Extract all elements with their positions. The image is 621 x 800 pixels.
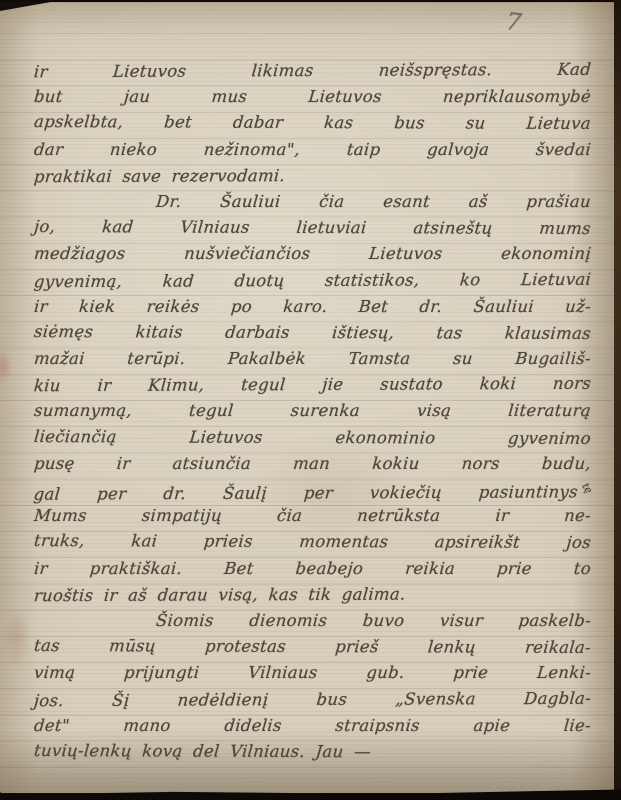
manuscript-line: Šiomis dienomis buvo visur paskelb- xyxy=(33,608,592,634)
photo-top-edge xyxy=(0,0,621,2)
manuscript-line: sumanymą, tegul surenka visą literaturą xyxy=(33,398,592,424)
manuscript-line: ir Lietuvos likimas neišspręstas. Kad xyxy=(33,57,592,86)
manuscript-line: ir praktiškai. Bet beabejo reikia prie t… xyxy=(33,556,592,582)
manuscript-line: kiu ir Klimu, tegul jie sustato koki nor… xyxy=(33,371,592,400)
manuscript-line: det" mano didelis straipsnis apie lie- xyxy=(33,713,592,739)
manuscript-line: Dr. Šauliui čia esant aš prašiau xyxy=(33,189,592,215)
manuscript-line: mažai terūpi. Pakalbėk Tamsta su Bugaili… xyxy=(33,346,592,372)
paper-blemish xyxy=(0,350,12,384)
manuscript-line: vimą prijungti Vilniaus gub. prie Lenki- xyxy=(33,660,592,686)
manuscript-line: ruoštis ir aš darau visą, kas tik galima… xyxy=(33,581,592,610)
paper-blemish xyxy=(2,608,32,668)
manuscript-line: jos. Šį nedėldienį bus „Svenska Dagbla- xyxy=(33,685,592,714)
photo-right-edge xyxy=(614,0,621,800)
manuscript-line: praktikai save rezervodami. xyxy=(33,162,592,191)
manuscript-line: ir kiek reikės po karo. Bet dr. Šauliui … xyxy=(33,294,592,320)
manuscript-line: liečiančią Lietuvos ekonominio gyvenimo xyxy=(33,424,592,452)
manuscript-line: but jau mus Lietuvos nepriklausomybė xyxy=(33,84,592,110)
manuscript-line: dar nieko nežinoma", taip galvoja švedai xyxy=(33,137,592,163)
manuscript-line: medžiagos nušviečiančios Lietuvos ekonom… xyxy=(33,241,592,267)
manuscript-line: gyvenimą, kad duotų statistikos, ko Liet… xyxy=(33,266,592,295)
manuscript-line: pusę ir atsiunčia man kokiu nors budu, xyxy=(33,451,592,477)
manuscript-line: apskelbta, bet dabar kas bus su Lietuva xyxy=(33,109,592,137)
manuscript-line: siėmęs kitais darbais ištiesų, tas klaus… xyxy=(33,319,592,347)
manuscript-line: gal per dr. Šaulį per vokiečių pasiuntin… xyxy=(33,476,592,505)
manuscript-line: truks, kai prieis momentas apsireikšt jo… xyxy=(33,528,592,556)
manuscript-line: Mums simpatijų čia netrūksta ir ne- xyxy=(33,503,592,529)
document-photo: 7 ir Lietuvos likimas neišspręstas. Kadb… xyxy=(0,0,621,800)
handwritten-text: ir Lietuvos likimas neišspręstas. Kadbut… xyxy=(34,58,591,765)
manuscript-line: tas mūsų protestas prieš lenkų reikala- xyxy=(33,633,592,661)
manuscript-line: jo, kad Vilniaus lietuviai atsineštų mum… xyxy=(33,214,592,242)
manuscript-line: tuvių-lenkų kovą del Vilniaus. Jau — xyxy=(33,738,592,766)
